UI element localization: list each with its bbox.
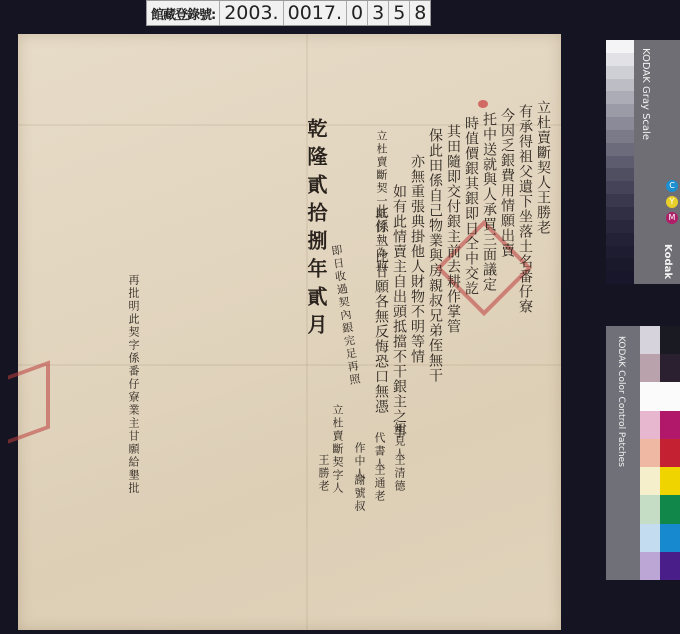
gray-step <box>606 53 634 66</box>
color-patches <box>640 326 680 580</box>
text-column: 保此田係自己物業與房親叔兄弟侄無干 <box>428 128 442 383</box>
text-column: 立杜賣斷契一紙付執為照 <box>376 130 387 273</box>
color-patch <box>660 382 680 410</box>
catalog-segment: 2003. <box>220 1 283 25</box>
gray-step <box>606 181 634 194</box>
kodak-gray-scale-card: KODAK Gray Scale C Y M Kodak <box>606 40 680 284</box>
text-column: 其田隨即交付銀主前去耕作掌管 <box>446 124 460 334</box>
color-patch <box>660 439 680 467</box>
gray-step <box>606 233 634 246</box>
gray-step <box>606 220 634 233</box>
color-patch <box>660 467 680 495</box>
gray-step <box>606 130 634 143</box>
side-note: 再批明此契字係番仔寮業主甘願給墾批 <box>128 274 139 495</box>
color-patch <box>640 439 660 467</box>
color-patch-row <box>640 354 680 382</box>
color-patch-row <box>640 495 680 523</box>
deed-date: 乾隆貳拾捌年貳月 <box>306 118 326 342</box>
color-patch <box>660 326 680 354</box>
catalog-segment: 3 <box>368 1 389 25</box>
color-patch <box>640 326 660 354</box>
gray-step <box>606 246 634 259</box>
signatory-scribe-name: 王通老 <box>374 464 385 503</box>
catalog-segment: 5 <box>389 1 410 25</box>
fold-line <box>18 364 561 366</box>
color-patch <box>660 524 680 552</box>
color-patch-row <box>640 382 680 410</box>
color-patch <box>640 354 660 382</box>
color-patch <box>640 382 660 410</box>
catalog-segment: 0 <box>347 1 368 25</box>
catalog-segment: 0017. <box>284 1 347 25</box>
color-patch <box>660 354 680 382</box>
color-patch <box>640 467 660 495</box>
magenta-marker-icon: M <box>666 212 678 224</box>
kodak-color-control-card: KODAK Color Control Patches <box>606 326 680 580</box>
gray-step <box>606 40 634 53</box>
gray-step <box>606 143 634 156</box>
gray-step <box>606 207 634 220</box>
catalog-heading: 館藏登錄號: <box>147 1 220 25</box>
gray-scale-label: KODAK Gray Scale <box>640 48 651 140</box>
gray-scale-steps <box>606 40 634 284</box>
deed-paper: 立杜賣斷契人王勝老 有承得祖父遺下坐落土名番仔寮 今因乏銀費用情願出賣 托中送就… <box>18 34 561 630</box>
gray-step <box>606 258 634 271</box>
color-patch <box>660 495 680 523</box>
kodak-logo: Kodak <box>662 244 673 279</box>
text-column: 時值價銀其銀即日仝中交訖 <box>464 116 478 296</box>
catalog-segment: 8 <box>410 1 430 25</box>
color-patch <box>660 411 680 439</box>
signatory-witness-name: 王清德 <box>394 454 405 493</box>
cyan-marker-icon: C <box>666 180 678 192</box>
color-patch-row <box>640 524 680 552</box>
color-patch <box>640 552 660 580</box>
color-patch-row <box>640 467 680 495</box>
gray-step <box>606 194 634 207</box>
red-seal-mark <box>478 100 488 108</box>
color-patch-row <box>640 411 680 439</box>
gray-step <box>606 168 634 181</box>
text-column: 如有此情賣主自出頭抵擋不干銀主之事 <box>392 184 406 439</box>
color-patch <box>640 495 660 523</box>
fold-line <box>18 124 561 126</box>
text-column: 立杜賣斷契人王勝老 <box>536 100 550 235</box>
gray-step <box>606 271 634 284</box>
gray-step <box>606 117 634 130</box>
signatory-seller: 立杜賣斷契字人 <box>332 404 343 495</box>
catalog-number-label: 館藏登錄號: 2003. 0017. 0 3 5 8 <box>146 0 431 26</box>
gray-step <box>606 104 634 117</box>
color-patch <box>660 552 680 580</box>
gray-step <box>606 79 634 92</box>
signatory-seller-name: 王勝老 <box>318 454 329 493</box>
gray-step <box>606 66 634 79</box>
text-column: 亦無重張典掛他人財物不明等情 <box>410 154 424 364</box>
gray-step <box>606 91 634 104</box>
color-patch-row <box>640 326 680 354</box>
yellow-marker-icon: Y <box>666 196 678 208</box>
color-patch-row <box>640 439 680 467</box>
text-column: 今因乏銀費用情願出賣 <box>500 108 514 258</box>
text-column: 有承得祖父遺下坐落土名番仔寮 <box>518 104 532 314</box>
signatory-middleman-name: 謝號叔 <box>354 474 365 513</box>
color-patch <box>640 411 660 439</box>
color-patch-row <box>640 552 680 580</box>
gray-step <box>606 156 634 169</box>
text-column: 托中送就與人承買三面議定 <box>482 112 496 292</box>
color-patch <box>640 524 660 552</box>
color-card-label: KODAK Color Control Patches <box>616 336 626 467</box>
